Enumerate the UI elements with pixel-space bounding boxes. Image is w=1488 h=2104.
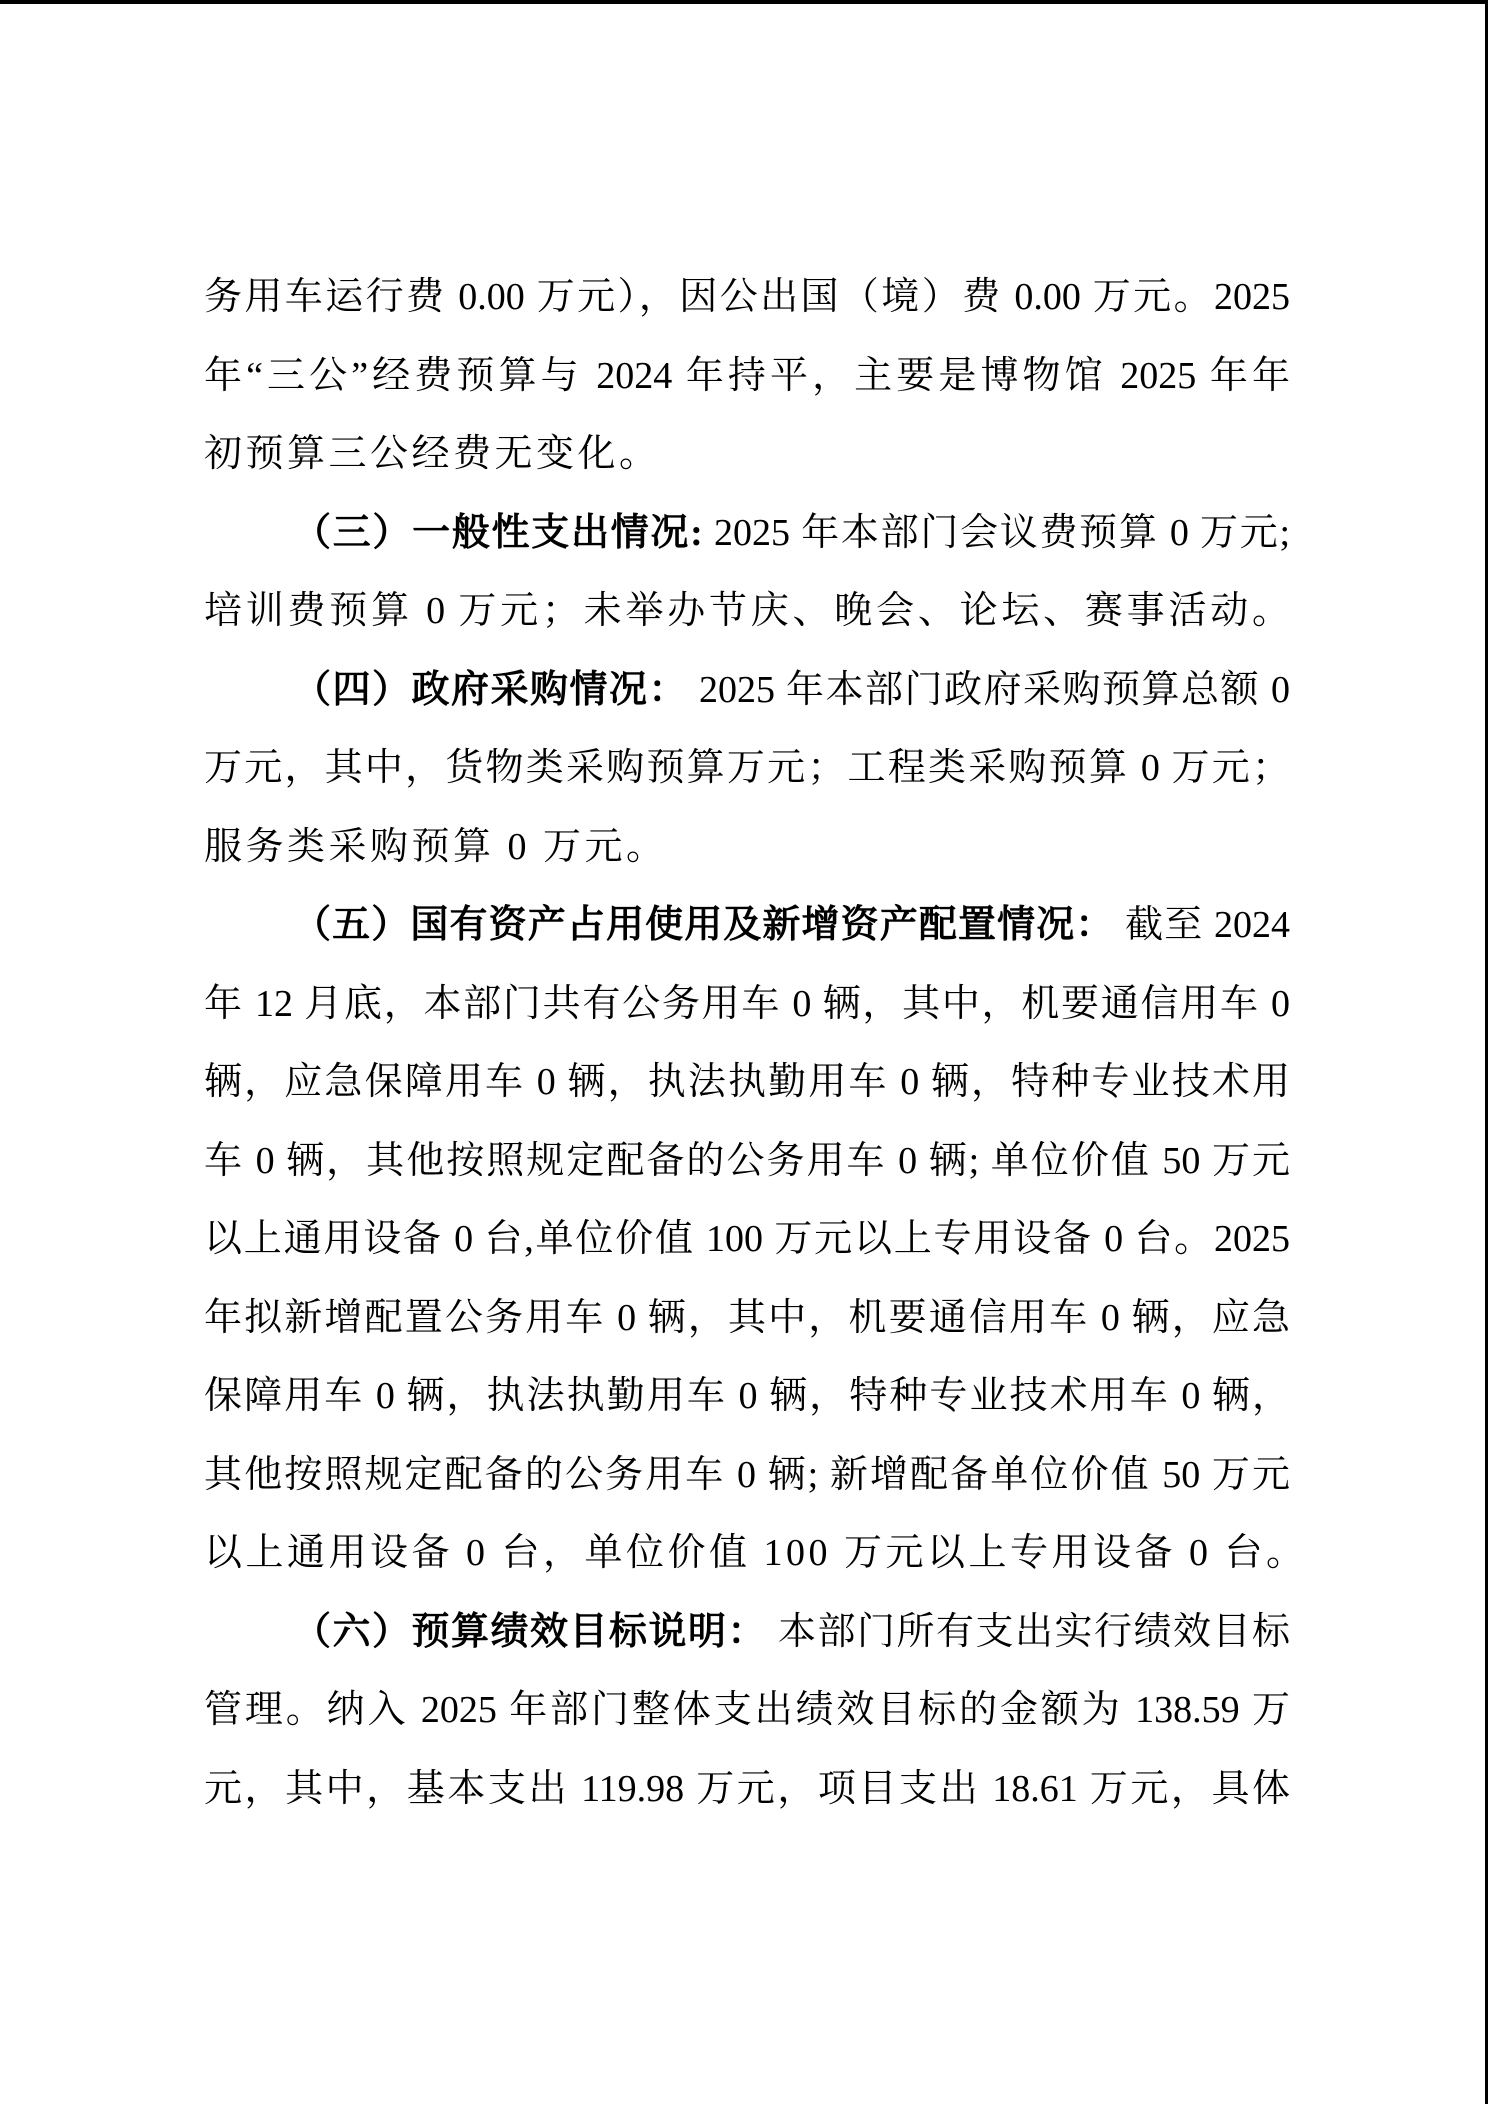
text-line: 务用车运行费 0.00 万元），因公出国（境）费 0.00 万元。2025 xyxy=(204,258,1290,337)
section-heading: （五）国有资产占用使用及新增资产配置情况： xyxy=(293,904,1115,946)
line-text: 2025 年本部门政府采购预算总额 0 xyxy=(688,669,1290,711)
text-line: 年 12 月底，本部门共有公务用车 0 辆，其中，机要通信用车 0 xyxy=(204,965,1290,1044)
section-heading: （六）预算绩效目标说明： xyxy=(293,1611,767,1653)
text-line: 年“三公”经费预算与 2024 年持平，主要是博物馆 2025 年年 xyxy=(204,337,1290,416)
paragraph-government-procurement: （四）政府采购情况： 2025 年本部门政府采购预算总额 0 万元，其中，货物类… xyxy=(204,651,1290,887)
text-line: 保障用车 0 辆，执法执勤用车 0 辆，特种专业技术用车 0 辆， xyxy=(204,1357,1290,1436)
paragraph-sangong-funds: 务用车运行费 0.00 万元），因公出国（境）费 0.00 万元。2025 年“… xyxy=(204,258,1290,494)
line-text: 2025 年本部门会议费预算 0 万元; xyxy=(703,512,1290,554)
text-line: 车 0 辆，其他按照规定配备的公务用车 0 辆; 单位价值 50 万元 xyxy=(204,1122,1290,1201)
text-line: 初预算三公经费无变化。 xyxy=(204,415,1290,494)
text-line: 辆，应急保障用车 0 辆，执法执勤用车 0 辆，特种专业技术用 xyxy=(204,1043,1290,1122)
paragraph-budget-performance: （六）预算绩效目标说明： 本部门所有支出实行绩效目标 管理。纳入 2025 年部… xyxy=(204,1593,1290,1829)
text-line: （五）国有资产占用使用及新增资产配置情况： 截至 2024 xyxy=(204,886,1290,965)
text-line: （六）预算绩效目标说明： 本部门所有支出实行绩效目标 xyxy=(204,1593,1290,1672)
text-line: 培训费预算 0 万元；未举办节庆、晚会、论坛、赛事活动。 xyxy=(204,572,1290,651)
text-line: 万元，其中，货物类采购预算万元；工程类采购预算 0 万元； xyxy=(204,729,1290,808)
document-body: 务用车运行费 0.00 万元），因公出国（境）费 0.00 万元。2025 年“… xyxy=(204,258,1290,1828)
text-line: 管理。纳入 2025 年部门整体支出绩效目标的金额为 138.59 万 xyxy=(204,1671,1290,1750)
text-line: 其他按照规定配备的公务用车 0 辆; 新增配备单位价值 50 万元 xyxy=(204,1436,1290,1515)
text-line: 服务类采购预算 0 万元。 xyxy=(204,808,1290,887)
paragraph-general-expenditure: （三）一般性支出情况: 2025 年本部门会议费预算 0 万元; 培训费预算 0… xyxy=(204,494,1290,651)
text-line: 以上通用设备 0 台,单位价值 100 万元以上专用设备 0 台。2025 xyxy=(204,1200,1290,1279)
paragraph-state-owned-assets: （五）国有资产占用使用及新增资产配置情况： 截至 2024 年 12 月底，本部… xyxy=(204,886,1290,1593)
line-text: 截至 2024 xyxy=(1115,904,1290,946)
text-line: （三）一般性支出情况: 2025 年本部门会议费预算 0 万元; xyxy=(204,494,1290,573)
text-line: 以上通用设备 0 台，单位价值 100 万元以上专用设备 0 台。 xyxy=(204,1514,1290,1593)
page-top-edge xyxy=(0,0,1488,4)
line-text: 本部门所有支出实行绩效目标 xyxy=(767,1611,1290,1653)
text-line: （四）政府采购情况： 2025 年本部门政府采购预算总额 0 xyxy=(204,651,1290,730)
text-line: 年拟新增配置公务用车 0 辆，其中，机要通信用车 0 辆，应急 xyxy=(204,1279,1290,1358)
section-heading: （四）政府采购情况： xyxy=(293,669,688,711)
text-line: 元，其中，基本支出 119.98 万元，项目支出 18.61 万元，具体 xyxy=(204,1750,1290,1829)
section-heading: （三）一般性支出情况: xyxy=(293,512,703,554)
